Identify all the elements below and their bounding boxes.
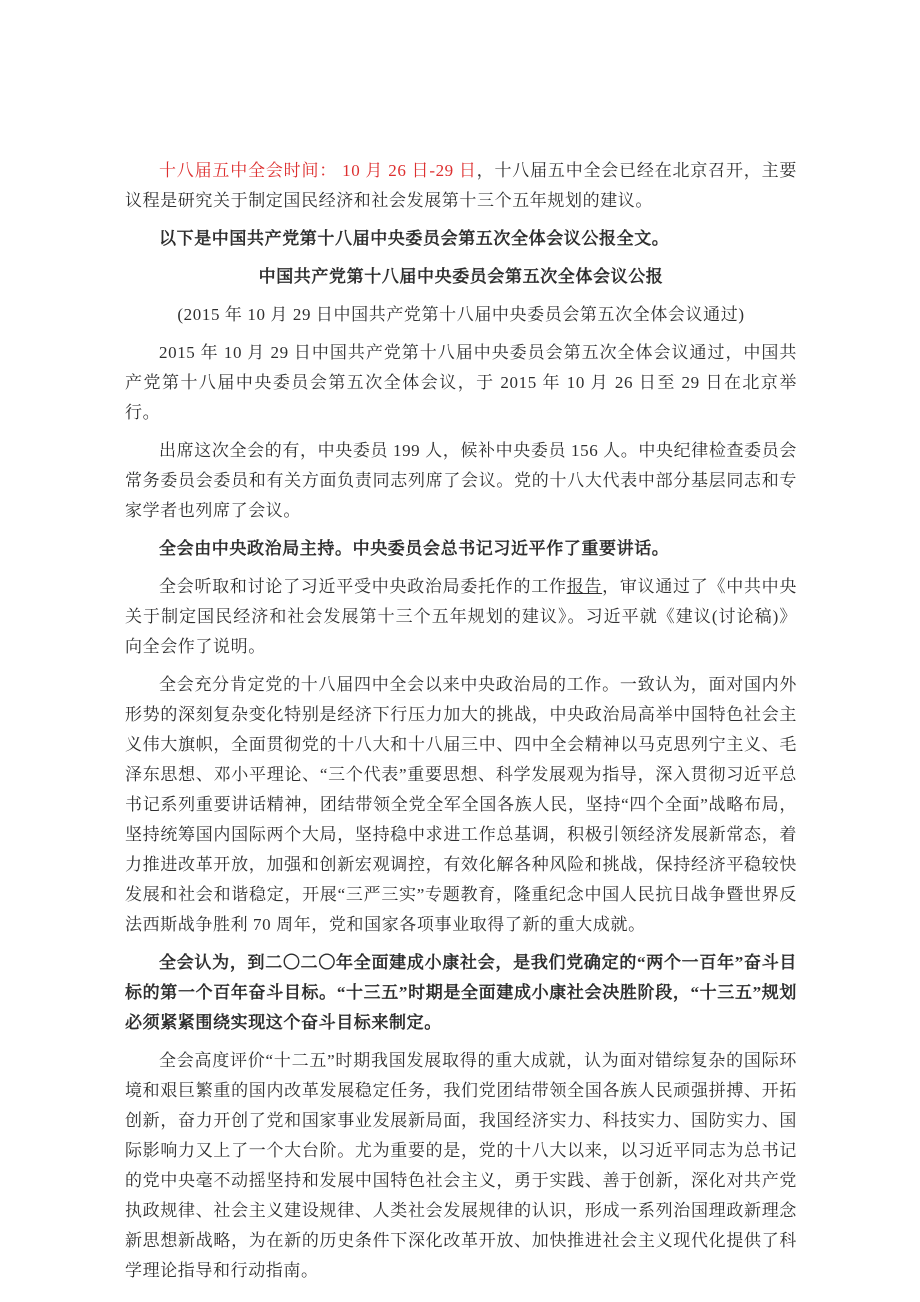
- lead-in-line: 以下是中国共产党第十八届中央委员会第五次全体会议公报全文。: [125, 224, 797, 254]
- plenum-time-highlight: 十八届五中全会时间： 10 月 26 日-29 日: [159, 161, 477, 180]
- document-body: 十八届五中全会时间： 10 月 26 日-29 日，十八届五中全会已经在北京召开…: [0, 0, 920, 1286]
- presided-paragraph: 全会由中央政治局主持。中央委员会总书记习近平作了重要讲话。: [125, 534, 797, 564]
- attendance-paragraph: 出席这次全会的有，中央委员 199 人，候补中央委员 156 人。中央纪律检查委…: [125, 436, 797, 526]
- report-paragraph-before: 全会听取和讨论了习近平受中央政治局委托作的工作: [159, 577, 567, 596]
- affirmation-paragraph: 全会充分肯定党的十八届四中全会以来中央政治局的工作。一致认为，面对国内外形势的深…: [125, 670, 797, 940]
- goal-paragraph: 全会认为，到二〇二〇年全面建成小康社会，是我们党确定的“两个一百年”奋斗目标的第…: [125, 948, 797, 1038]
- report-paragraph: 全会听取和讨论了习近平受中央政治局委托作的工作报告，审议通过了《中共中央关于制定…: [125, 572, 797, 662]
- adoption-paragraph: 2015 年 10 月 29 日中国共产党第十八届中央委员会第五次全体会议通过，…: [125, 338, 797, 428]
- review-paragraph: 全会高度评价“十二五”时期我国发展取得的重大成就，认为面对错综复杂的国际环境和艰…: [125, 1046, 797, 1286]
- communique-subtitle: (2015 年 10 月 29 日中国共产党第十八届中央委员会第五次全体会议通过…: [125, 300, 797, 330]
- communique-title: 中国共产党第十八届中央委员会第五次全体会议公报: [125, 262, 797, 292]
- report-link[interactable]: 报告: [567, 577, 602, 596]
- intro-paragraph: 十八届五中全会时间： 10 月 26 日-29 日，十八届五中全会已经在北京召开…: [125, 156, 797, 216]
- document-page: 十八届五中全会时间： 10 月 26 日-29 日，十八届五中全会已经在北京召开…: [0, 0, 920, 1302]
